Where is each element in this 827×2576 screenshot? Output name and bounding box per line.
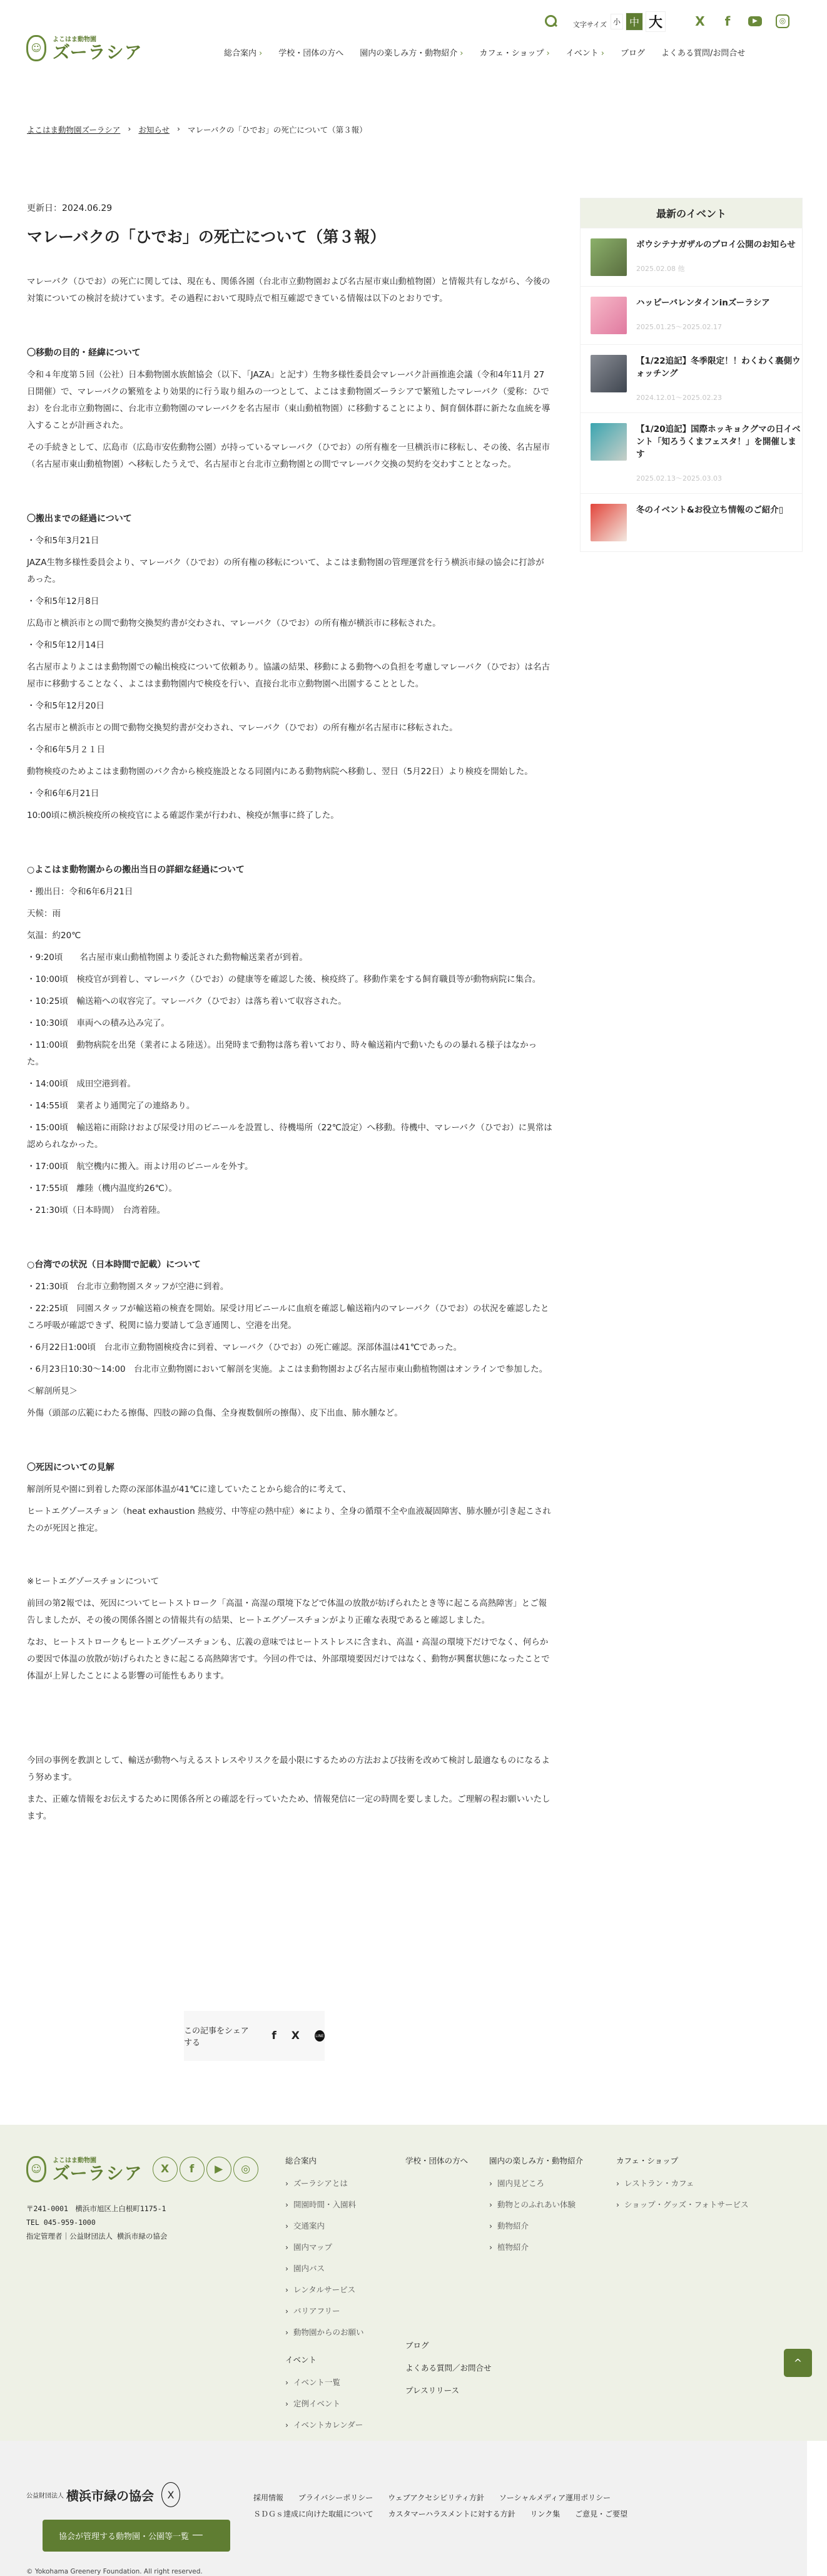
paragraph: 10:00頃に横浜検疫所の検疫官による確認作業が行われ、検疫が無事に終了した。 <box>27 807 552 824</box>
breadcrumb-home[interactable]: よこはま動物園ズーラシア <box>27 124 120 135</box>
list-item: ・11:00頃 動物病院を出発（業者による陸送）。出発時まで動物は落ち着いており… <box>27 1037 552 1071</box>
foundation-bar: 公益財団法人 横浜市緑の協会 X 採用情報 プライバシーポリシー ウェブアクセシ… <box>0 2441 807 2576</box>
breadcrumb-separator: › <box>177 124 180 135</box>
footer-link[interactable]: 動物園からのお願い <box>285 2326 364 2338</box>
footer-col-title[interactable]: 園内の楽しみ方・動物紹介 <box>489 2155 583 2166</box>
footer-link[interactable]: カスタマーハラスメントに対する方針 <box>388 2510 515 2518</box>
nav-label: ブログ <box>621 49 645 58</box>
list-item: 気温：約20℃ <box>27 928 552 944</box>
x-icon[interactable]: X <box>153 2157 178 2182</box>
section-heading: ○よこはま動物園からの搬出当日の詳細な経過について <box>27 862 552 879</box>
footer-link[interactable]: 交通案内 <box>285 2220 364 2231</box>
paragraph: 広島市と横浜市との間で動物交換契約書が交わされ、マレーバク（ひでお）の所有権が横… <box>27 615 552 632</box>
facebook-share-icon[interactable]: f <box>271 2030 276 2042</box>
footer-link[interactable]: ソーシャルメディア運用ポリシー <box>499 2493 611 2502</box>
x-share-icon[interactable]: X <box>292 2030 300 2042</box>
org-prefix: 公益財団法人 <box>26 2490 64 2500</box>
paragraph: ヒートエグゾースチョン（heat exhaustion 熱疲労、中等症の熱中症）… <box>27 1503 552 1537</box>
list-item: ・21:30頃（日本時間） 台湾着陸。 <box>27 1202 552 1219</box>
list-item: ・10:30頃 車両への積み込み完了。 <box>27 1015 552 1032</box>
site-footer: ☺ よこはま動物園 ズーラシア X f ▶ ◎ 〒241-0001 横浜市旭区上… <box>0 2125 827 2441</box>
footer-link[interactable]: ウェブアクセシビリティ方針 <box>388 2493 484 2502</box>
nav-label: イベント <box>566 49 599 58</box>
facebook-icon[interactable]: f <box>180 2157 205 2182</box>
instagram-icon[interactable]: ◎ <box>233 2157 258 2182</box>
youtube-icon[interactable]: ▶ <box>206 2157 231 2182</box>
footer-link[interactable]: 園内マップ <box>285 2241 364 2252</box>
footer-col-misc: ブログ よくある質問／お問合せ プレスリリース <box>405 2339 492 2407</box>
footer-link[interactable]: イベントカレンダー <box>285 2419 364 2430</box>
list-item: ・17:55頃 離陸（機内温度約26℃）。 <box>27 1180 552 1197</box>
article: 更新日：2024.06.29 マレーバクの「ひでお」の死亡について（第３報） マ… <box>27 200 552 1830</box>
event-date: 2024.12.01〜2025.02.23 <box>636 392 802 402</box>
chevron-right-icon: › <box>547 49 550 58</box>
address: 〒241-0001 横浜市旭区上白根町1175-1 <box>26 2202 167 2216</box>
footer-col-enjoy: 園内の楽しみ方・動物紹介 園内見どころ 動物とのふれあい体験 動物紹介 植物紹介 <box>489 2155 583 2262</box>
footer-link[interactable]: 園内バス <box>285 2262 364 2274</box>
event-date: 2025.02.13〜2025.03.03 <box>636 473 802 483</box>
footer-col-title[interactable]: プレスリリース <box>405 2384 492 2396</box>
footer-link[interactable]: 定例イベント <box>285 2398 364 2409</box>
footer-link[interactable]: ショップ・グッズ・フォトサービス <box>616 2199 749 2210</box>
font-size-large-button[interactable]: 大 <box>646 11 666 32</box>
paragraph: 名古屋市と横浜市との間で動物交換契約書が交わされ、マレーバク（ひでお）の所有権が… <box>27 720 552 737</box>
footer-link[interactable]: 採用情報 <box>253 2493 283 2502</box>
footer-col-title[interactable]: 学校・団体の方へ <box>405 2155 468 2166</box>
footer-link[interactable]: プライバシーポリシー <box>298 2493 373 2502</box>
footer-link[interactable]: レンタルサービス <box>285 2284 364 2295</box>
foundation-logo[interactable]: 公益財団法人 横浜市緑の協会 X <box>26 2482 180 2507</box>
event-title: 冬のイベント&お役立ち情報のご紹介▯ <box>636 504 783 516</box>
footer-link[interactable]: 開園時間・入園料 <box>285 2199 364 2210</box>
nav-label: 総合案内 <box>224 49 256 58</box>
breadcrumb: よこはま動物園ズーラシア › お知らせ › マレーバクの「ひでお」の死亡について… <box>27 124 367 135</box>
lion-logo-icon: ☺ <box>26 2156 46 2182</box>
latest-events-sidebar: 最新のイベント ボウシテナガザルのプロイ公開のお知らせ2025.02.08 他 … <box>580 198 803 552</box>
timeline-date: ・令和6年5月２１日 <box>27 742 552 759</box>
note-heading: ※ヒートエグゾースチョンについて <box>27 1573 552 1590</box>
list-item: ・6月23日10:30～14:00 台北市立動物園において解剖を実施。よこはま動… <box>27 1361 552 1378</box>
timeline-date: ・令和5年3月21日 <box>27 533 552 549</box>
phone: TEL 045-959-1000 <box>26 2216 167 2229</box>
paragraph: 前回の第2報では、死因についてヒートストローク「高温・高湿の環境下などで体温の放… <box>27 1595 552 1629</box>
back-to-top-button[interactable]: ^ <box>784 2349 812 2377</box>
foundation-links: 採用情報 プライバシーポリシー ウェブアクセシビリティ方針 ソーシャルメディア運… <box>253 2490 691 2522</box>
event-item[interactable]: 【1/20追記】国際ホッキョクグマの日イベント「知ろうくまフェスタ！」を開催しま… <box>581 412 802 493</box>
event-thumbnail <box>591 504 627 541</box>
footer-col-cafe: カフェ・ショップ レストラン・カフェ ショップ・グッズ・フォトサービス <box>616 2155 749 2220</box>
footer-link[interactable]: 園内見どころ <box>489 2177 583 2189</box>
arrow-line-icon: ── <box>193 2531 203 2540</box>
nav-item-events[interactable]: イベント› <box>566 46 604 58</box>
footer-col-general: 総合案内 ズーラシアとは 開園時間・入園料 交通案内 園内マップ 園内バス レン… <box>285 2155 364 2440</box>
footer-link[interactable]: レストラン・カフェ <box>616 2177 749 2189</box>
sidebar-title: 最新のイベント <box>581 198 802 228</box>
global-nav: 総合案内› 学校・団体の方へ 園内の楽しみ方・動物紹介› カフェ・ショップ› イ… <box>224 46 761 58</box>
intro-paragraph: マレーバク（ひでお）の死亡に関しては、現在も、関係各園（台北市立動物園および名古… <box>27 273 552 307</box>
copyright: © Yokohama Greenery Foundation. All righ… <box>26 2568 203 2575</box>
event-date: 2025.02.08 他 <box>636 263 796 273</box>
paragraph: 令和４年度第５回（公社）日本動物園水族館協会（以下、「JAZA」と記す）生物多様… <box>27 367 552 434</box>
facebook-icon[interactable]: f <box>721 14 734 29</box>
nav-label: カフェ・ショップ <box>479 49 544 58</box>
font-size-label: 文字サイズ <box>573 19 607 29</box>
footer-col-title[interactable]: よくある質問／お問合せ <box>405 2362 492 2373</box>
button-label: 協会が管理する動物園・公園等一覧 <box>59 2530 189 2542</box>
event-date: 2025.01.25〜2025.02.17 <box>636 322 770 332</box>
list-item: ・10:25頃 輸送箱への収容完了。マレーバク（ひでお）は落ち着いて収容された。 <box>27 993 552 1010</box>
list-item: ・14:55頃 業者より通関完了の連絡あり。 <box>27 1098 552 1115</box>
header-sns-links: X f ▶ ◎ <box>693 14 789 29</box>
event-title: ハッピーバレンタインinズーラシア <box>636 297 770 309</box>
youtube-icon[interactable]: ▶ <box>748 16 762 26</box>
footer-col-schools: 学校・団体の方へ <box>405 2155 468 2177</box>
chevron-right-icon: › <box>460 49 463 58</box>
managed-facilities-button[interactable]: 協会が管理する動物園・公園等一覧── <box>43 2520 230 2552</box>
footer-sns-links: X f ▶ ◎ <box>153 2157 260 2182</box>
share-box: この記事をシェアする f X LINE <box>184 2011 325 2061</box>
paragraph: また、正確な情報をお伝えするために関係各所との確認を行っていたため、情報発信に一… <box>27 1791 552 1825</box>
nav-item-faq[interactable]: よくある質問/お問合せ <box>661 46 745 58</box>
paragraph: なお、ヒートストロークもヒートエグゾースチョンも、広義の意味ではヒートストレスに… <box>27 1634 552 1685</box>
footer-logo[interactable]: ☺ よこはま動物園 ズーラシア X f ▶ ◎ <box>26 2155 260 2183</box>
list-item: ・9:20頃 名古屋市東山動植物園より委託された動物輸送業者が到着。 <box>27 949 552 966</box>
nav-item-general[interactable]: 総合案内› <box>224 46 262 58</box>
event-item[interactable]: 【1/22追記】冬季限定！！わくわく裏側ウォッチング2024.12.01〜202… <box>581 344 802 412</box>
nav-label: 園内の楽しみ方・動物紹介 <box>360 49 457 58</box>
nav-item-cafe-shop[interactable]: カフェ・ショップ› <box>479 46 549 58</box>
event-title: ボウシテナガザルのプロイ公開のお知らせ <box>636 238 796 251</box>
nav-label: 学校・団体の方へ <box>278 49 343 58</box>
event-thumbnail <box>591 355 627 392</box>
chevron-up-icon: ^ <box>794 2357 802 2369</box>
footer-col-title[interactable]: ブログ <box>405 2339 492 2351</box>
x-icon[interactable]: X <box>693 14 707 29</box>
list-item: ・22:25頃 同園スタッフが輸送箱の検査を開始。尿受け用ビニールに血痕を確認し… <box>27 1301 552 1334</box>
event-item[interactable]: ハッピーバレンタインinズーラシア2025.01.25〜2025.02.17 <box>581 286 802 344</box>
event-thumbnail <box>591 238 627 276</box>
footer-col-title[interactable]: カフェ・ショップ <box>616 2155 749 2166</box>
site-logo[interactable]: ☺ よこはま動物園 ズーラシア <box>26 34 143 62</box>
list-item: ・搬出日：令和6年6月21日 <box>27 884 552 901</box>
section-heading: 〇死因についての見解 <box>27 1459 552 1476</box>
section-heading: 〇搬出までの経過について <box>27 511 552 528</box>
footer-link[interactable]: 植物紹介 <box>489 2241 583 2252</box>
list-item: ＜解剖所見＞ <box>27 1383 552 1400</box>
footer-link[interactable]: 動物紹介 <box>489 2220 583 2231</box>
list-item: 外傷（頭部の広範にわたる擦傷、四肢の蹄の負傷、全身複数個所の擦傷）、皮下出血、肺… <box>27 1405 552 1422</box>
list-item: ・10:00頃 検疫官が到着し、マレーバク（ひでお）の健康等を確認した後、検疫終… <box>27 971 552 988</box>
event-thumbnail <box>591 297 627 334</box>
updated-date: 更新日：2024.06.29 <box>27 200 552 217</box>
logo-title: ズーラシア <box>53 43 143 62</box>
nav-item-blog[interactable]: ブログ <box>621 46 645 58</box>
share-label: この記事をシェアする <box>184 2024 256 2048</box>
section-heading: ○台湾での状況（日本時間で記載）について <box>27 1257 552 1274</box>
footer-link[interactable]: イベント一覧 <box>285 2376 364 2388</box>
paragraph: 名古屋市よりよこはま動物園での輸出検疫について依頼あり。協議の結果、移動による動… <box>27 659 552 693</box>
line-share-icon[interactable]: LINE <box>315 2030 325 2042</box>
event-title: 【1/20追記】国際ホッキョクグマの日イベント「知ろうくまフェスタ！」を開催しま… <box>636 423 802 461</box>
footer-link[interactable]: ズーラシアとは <box>285 2177 364 2189</box>
event-title: 【1/22追記】冬季限定！！わくわく裏側ウォッチング <box>636 355 802 380</box>
x-icon[interactable]: X <box>161 2482 180 2507</box>
breadcrumb-news[interactable]: お知らせ <box>138 124 170 135</box>
chevron-right-icon: › <box>601 49 604 58</box>
paragraph: 解剖所見や園に到着した際の深部体温が41℃に達していたことから総合的に考えて、 <box>27 1481 552 1498</box>
search-icon[interactable] <box>544 14 558 28</box>
list-item: ・21:30頃 台北市立動物園スタッフが空港に到着。 <box>27 1279 552 1296</box>
nav-item-enjoy[interactable]: 園内の楽しみ方・動物紹介› <box>360 46 463 58</box>
logo-title: ズーラシア <box>53 2164 143 2183</box>
nav-label: よくある質問/お問合せ <box>661 49 745 58</box>
paragraph: その手続きとして、広島市（広島市安佐動物公園）が持っているマレーバク（ひでお）の… <box>27 439 552 473</box>
event-item[interactable]: 冬のイベント&お役立ち情報のご紹介▯ <box>581 493 802 551</box>
timeline-date: ・令和5年12月20日 <box>27 698 552 715</box>
header-utility-bar: 文字サイズ 小 中 大 X f ▶ ◎ <box>544 9 789 34</box>
manager-info: 指定管理者｜公益財団法人 横浜市緑の協会 <box>26 2229 167 2243</box>
footer-link[interactable]: バリアフリー <box>285 2305 364 2316</box>
footer-col-title[interactable]: イベント <box>285 2354 364 2365</box>
list-item: ・17:00頃 航空機内に搬入。雨よけ用のビニールを外す。 <box>27 1158 552 1175</box>
footer-address-block: 〒241-0001 横浜市旭区上白根町1175-1 TEL 045-959-10… <box>26 2202 167 2243</box>
chevron-right-icon: › <box>259 49 262 58</box>
footer-link[interactable]: 動物とのふれあい体験 <box>489 2199 583 2210</box>
footer-link[interactable]: ご意見・ご要望 <box>575 2510 627 2518</box>
footer-col-title[interactable]: 総合案内 <box>285 2155 364 2166</box>
footer-link[interactable]: リンク集 <box>530 2510 560 2518</box>
event-item[interactable]: ボウシテナガザルのプロイ公開のお知らせ2025.02.08 他 <box>581 228 802 286</box>
timeline-date: ・令和6年6月21日 <box>27 785 552 802</box>
paragraph: JAZA生物多様性委員会より、マレーバク（ひでお）の所有権の移転について、よこは… <box>27 555 552 588</box>
nav-item-schools[interactable]: 学校・団体の方へ <box>278 46 343 58</box>
footer-link[interactable]: ＳＤＧｓ達成に向けた取組について <box>253 2510 373 2518</box>
page-title: マレーバクの「ひでお」の死亡について（第３報） <box>27 226 552 248</box>
paragraph: 動物検疫のためよこはま動物園のバク舎から検疫施設となる同園内にある動物病院へ移動… <box>27 764 552 780</box>
lion-logo-icon: ☺ <box>26 35 46 61</box>
font-size-medium-button[interactable]: 中 <box>626 13 643 31</box>
list-item: 天候：雨 <box>27 906 552 923</box>
instagram-icon[interactable]: ◎ <box>776 14 789 28</box>
list-item: ・15:00頃 輸送箱に雨除けおよび尿受け用のビニールを設置し、待機場所（22℃… <box>27 1120 552 1153</box>
timeline-date: ・令和5年12月14日 <box>27 637 552 654</box>
list-item: ・14:00頃 成田空港到着。 <box>27 1076 552 1093</box>
timeline-date: ・令和5年12月8日 <box>27 593 552 610</box>
org-name: 横浜市緑の協会 <box>66 2486 154 2504</box>
event-thumbnail <box>591 423 627 461</box>
breadcrumb-separator: › <box>128 124 131 135</box>
breadcrumb-current: マレーバクの「ひでお」の死亡について（第３報） <box>188 124 367 135</box>
font-size-small-button[interactable]: 小 <box>611 14 623 29</box>
paragraph: 今回の事例を教訓として、輸送が動物へ与えるストレスやリスクを最小限にするための方… <box>27 1752 552 1786</box>
list-item: ・6月22日1:00頃 台北市立動物園検疫舎に到着、マレーバク（ひでお）の死亡確… <box>27 1339 552 1356</box>
section-heading: 〇移動の目的・経緯について <box>27 345 552 362</box>
